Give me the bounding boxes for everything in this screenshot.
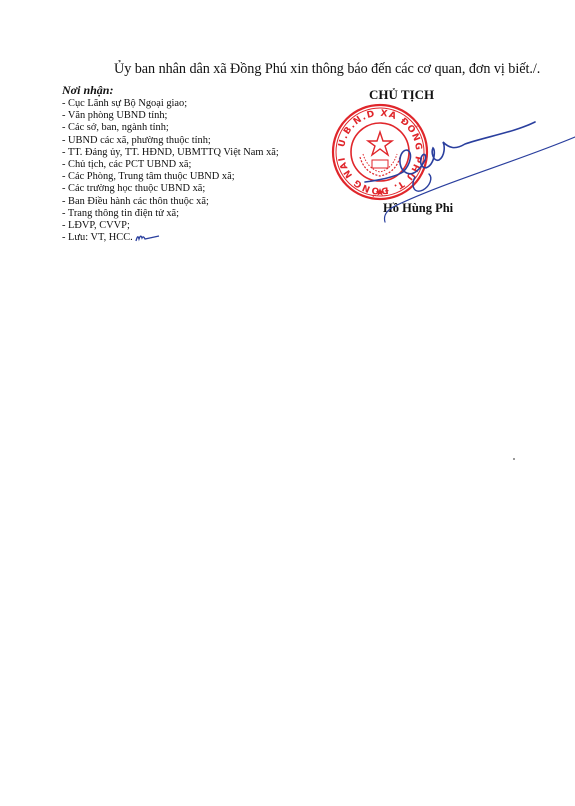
- initials-mark-icon: [134, 233, 160, 243]
- scan-speck: [513, 458, 515, 460]
- recipient-item: - Các trường học thuộc UBND xã;: [62, 183, 332, 195]
- recipient-item: - UBND các xã, phường thuộc tỉnh;: [62, 135, 332, 147]
- official-seal-icon: U.B.N.D XÃ ĐỒNG PHÚ T. ĐỒNG NAI: [330, 102, 430, 202]
- recipients-block: Nơi nhận: - Cục Lãnh sự Bộ Ngoại giao; -…: [62, 83, 332, 244]
- closing-sentence: Ủy ban nhân dân xã Đồng Phú xin thông bá…: [114, 61, 540, 78]
- recipient-item: - Các Phòng, Trung tâm thuộc UBND xã;: [62, 171, 332, 183]
- recipient-item: - Ban Điều hành các thôn thuộc xã;: [62, 196, 332, 208]
- recipient-item: - Cục Lãnh sự Bộ Ngoại giao;: [62, 98, 332, 110]
- recipient-item: - Chủ tịch, các PCT UBND xã;: [62, 159, 332, 171]
- recipient-item: - LĐVP, CVVP;: [62, 220, 332, 232]
- recipient-item: - Trang thông tin điện tử xã;: [62, 208, 332, 220]
- recipient-item-text: - Lưu: VT, HCC.: [62, 232, 133, 243]
- recipient-item-archive: - Lưu: VT, HCC.: [62, 232, 332, 244]
- recipients-title: Nơi nhận:: [62, 83, 332, 97]
- signer-block: CHỦ TỊCH U.B.N.D XÃ ĐỒNG PHÚ T. ĐỒNG NAI…: [325, 82, 575, 232]
- signer-title: CHỦ TỊCH: [369, 87, 434, 103]
- recipients-list: - Cục Lãnh sự Bộ Ngoại giao; - Văn phòng…: [62, 98, 332, 244]
- recipient-item: - Các sở, ban, ngành tỉnh;: [62, 122, 332, 134]
- recipient-item: - TT. Đảng ủy, TT. HĐND, UBMTTQ Việt Nam…: [62, 147, 332, 159]
- recipient-item: - Văn phòng UBND tỉnh;: [62, 110, 332, 122]
- signer-name: Hồ Hùng Phi: [383, 201, 453, 216]
